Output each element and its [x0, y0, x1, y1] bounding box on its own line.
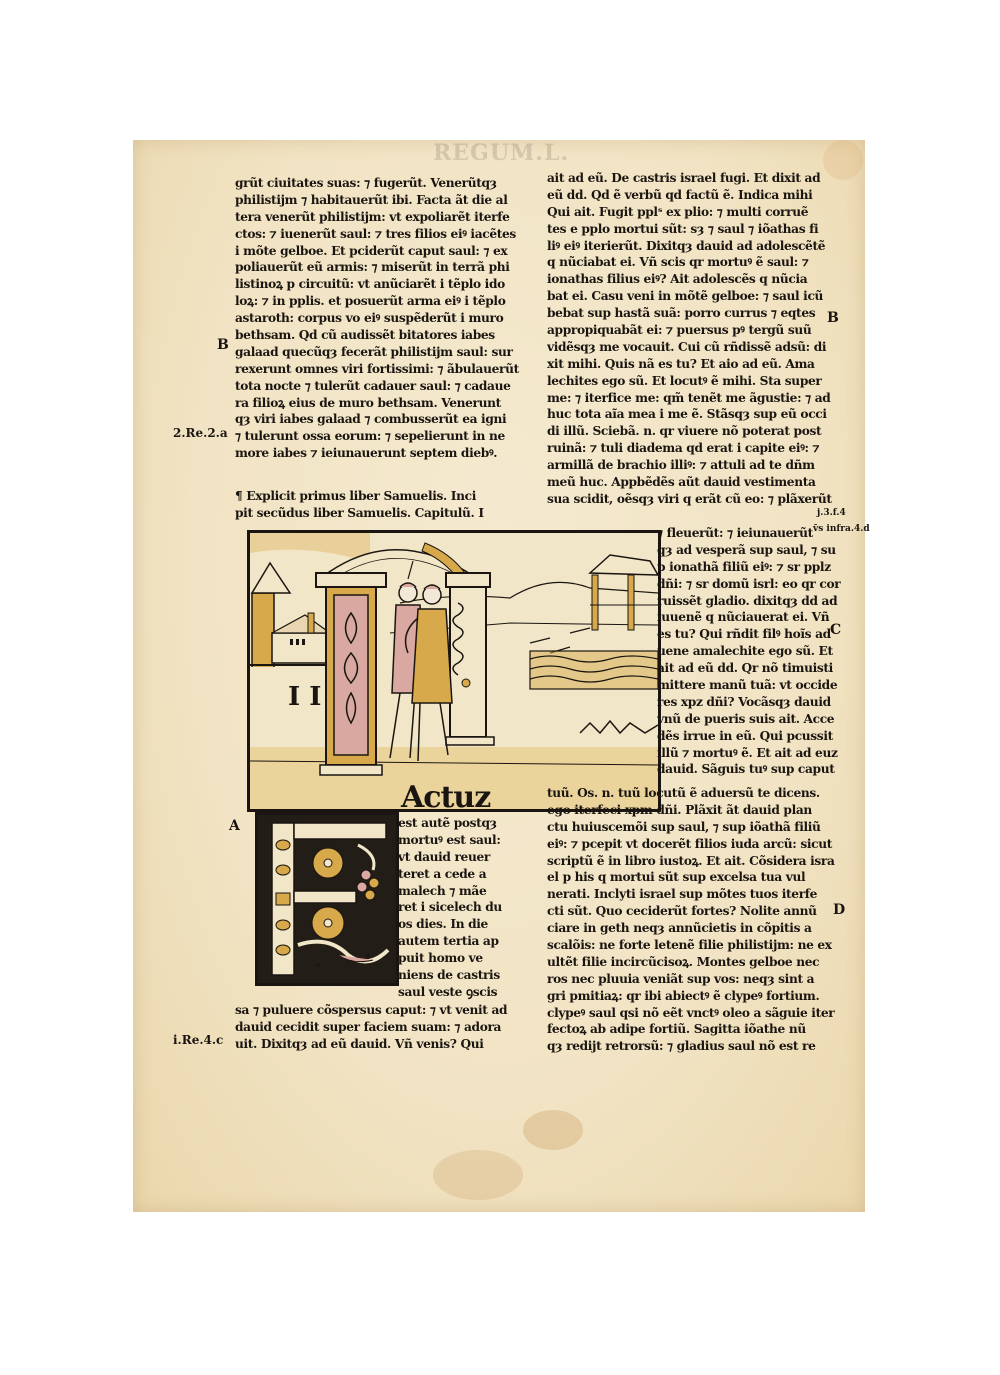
text-column-right-bottom: tuũ. Os. n. tuũ locutũ ẽ aduersũ te dice… [547, 785, 847, 1055]
text-line: qȝ viri iabes galaad ⁊ combusserũt ea ig… [235, 411, 535, 428]
margin-reference-1re: i.Re.4.c [173, 1033, 223, 1047]
text-line: xit mihi. Quis nã es tu? Et aio ad eũ. A… [547, 356, 847, 373]
initial-heading-word: Actuz [401, 780, 490, 815]
text-line: ego iterfeci xpm dñi. Plãxit ãt dauid pl… [547, 802, 847, 819]
text-line: os dies. In die [398, 916, 538, 933]
text-line: mortuꝰ est saul: [398, 832, 538, 849]
text-line: dauid. Sãguis tuꝰ sup caput [657, 761, 847, 778]
text-line: uit. Dixitqȝ ad eũ dauid. Vñ venis? Qui [235, 1036, 535, 1053]
text-line: ruinã: ⁊ tuli diadema qd erat i capite e… [547, 440, 847, 457]
text-line: ¶ Explicit primus liber Samuelis. Inci [235, 488, 535, 505]
text-line: pit secũdus liber Samuelis. Capitulũ. I [235, 505, 535, 522]
text-line: ait ad eũ. De castris israel fugi. Et di… [547, 170, 847, 187]
margin-reference-2re: 2.Re.2.a [173, 426, 228, 440]
text-line: niens de castris [398, 967, 538, 984]
text-line: tes e pplo mortui sũt: sȝ ⁊ saul ⁊ iõath… [547, 221, 847, 238]
margin-reference-right-bottom: v̄s infra.4.d [813, 524, 870, 534]
foxing-stain [523, 1110, 583, 1150]
text-line: sua scidit, oẽsqȝ viri q erãt cũ eo: ⁊ p… [547, 491, 847, 508]
text-line: autem tertia ap [398, 933, 538, 950]
woodcut-illustration: I I [247, 530, 661, 812]
text-line: eũ dd. Qd ẽ verbũ qd factũ ẽ. Indica mih… [547, 187, 847, 204]
book-page: REGUM.L. grũt ciuitates suas: ⁊ fugerũt.… [133, 140, 865, 1212]
margin-letter-b-right: B [827, 310, 839, 326]
text-line: vidẽsqȝ me vocauit. Cui cũ rñdissẽ adsũ:… [547, 339, 847, 356]
text-line: malech ⁊ mãe [398, 883, 538, 900]
text-line: Qui ait. Fugit pplˢ ex plio: ⁊ multi cor… [547, 204, 847, 221]
foxing-stain [433, 1150, 523, 1200]
text-line: bebat sup hastã suã: porro currus ⁊ eqte… [547, 305, 847, 322]
text-line: cti sũt. Quo ceciderũt fortes? Nolite an… [547, 903, 847, 920]
text-line: nerati. Inclyti israel sup mõtes tuos it… [547, 886, 847, 903]
text-line: ait ad eũ dd. Qr nõ timuisti [657, 660, 847, 677]
text-line: dauid cecidit super faciem suam: ⁊ adora [235, 1019, 535, 1036]
text-line: tota nocte ⁊ tulerũt cadauer saul: ⁊ cad… [235, 378, 535, 395]
text-line: huc tota aĩa mea i me ẽ. Stãsqȝ sup eũ o… [547, 406, 847, 423]
text-line: i mõte gelboe. Et pciderũt caput saul: ⁊… [235, 243, 535, 260]
text-line: listinoꝝ p circuitũ: vt anũciarẽt i tẽpl… [235, 276, 535, 293]
explicit-colophon: ¶ Explicit primus liber Samuelis. Inci p… [235, 488, 535, 522]
text-line: ret i sicelech du [398, 899, 538, 916]
text-line: astaroth: corpus vo eiꝰ suspẽderũt i mur… [235, 310, 535, 327]
text-line: dẽs irrue in eũ. Qui pcussit [657, 728, 847, 745]
text-line: bat ei. Casu veni in mõtẽ gelboe: ⁊ saul… [547, 288, 847, 305]
text-line: meũ huc. Appbẽdẽs aũt dauid vestimenta [547, 474, 847, 491]
text-column-left-bottom: sa ⁊ puluere cõspersus caput: ⁊ vt venit… [235, 1002, 535, 1053]
text-line: vnũ de pueris suis ait. Acce [657, 711, 847, 728]
text-line: teret a cede a [398, 866, 538, 883]
decorated-initial [255, 812, 399, 986]
text-line: el p his q mortui sũt sup excelsa tua vu… [547, 869, 847, 886]
text-line: qȝ ad vesperã sup saul, ⁊ su [657, 542, 847, 559]
text-line: tera venerũt philistijm: vt expoliarẽt i… [235, 209, 535, 226]
text-line: fectoꝝ ab adipe fortiũ. Sagitta iõathe n… [547, 1021, 847, 1038]
text-line: sa ⁊ puluere cõspersus caput: ⁊ vt venit… [235, 1002, 535, 1019]
text-line: ruissẽt gladio. dixitqȝ dd ad [657, 593, 847, 610]
text-line: lechites ego sũ. Et locutꝰ ẽ mihi. Sta s… [547, 373, 847, 390]
text-line: armillã de brachio illiꝰ: ⁊ attuli ad te… [547, 457, 847, 474]
woodcut-scene-image: I I [250, 533, 658, 809]
text-line: uene amalechite ego sũ. Et [657, 643, 847, 660]
text-column-beside-initial: est autẽ postqȝ mortuꝰ est saul: vt daui… [398, 815, 538, 984]
text-line: est autẽ postqȝ [398, 815, 538, 832]
text-line: ctos: ⁊ iuenerũt saul: ⁊ tres filios eiꝰ… [235, 226, 535, 243]
text-line: ionathas filius eiꝰ? Ait adolescẽs q nũc… [547, 271, 847, 288]
text-line: poliauerũt eũ armis: ⁊ miserũt in terrã … [235, 259, 535, 276]
margin-letter-a-left: A [229, 818, 240, 834]
text-line: mittere manũ tuã: vt occide [657, 677, 847, 694]
text-line: p ionathã filiũ eiꝰ: ⁊ sr pplz [657, 559, 847, 576]
text-line: eiꝰ: ⁊ pcepit vt docerẽt filios iuda arc… [547, 836, 847, 853]
text-column-right-top: ait ad eũ. De castris israel fugi. Et di… [547, 170, 847, 508]
text-line: me: ⁊ iterfice me: qm̃ tenẽt me ãgustie:… [547, 390, 847, 407]
initial-f-image [258, 815, 396, 983]
text-line: dñi: ⁊ sr domũ isrl: eo qr cor [657, 576, 847, 593]
text-line: saul veste ꝯscis [398, 984, 497, 1001]
text-line: ra filioꝝ eius de muro bethsam. Venerunt [235, 395, 535, 412]
text-line: scriptũ ẽ in libro iustoꝝ. Et ait. Cõsid… [547, 853, 847, 870]
margin-letter-b-left: B [217, 337, 229, 353]
text-line: grũt ciuitates suas: ⁊ fugerũt. Venerũtq… [235, 175, 535, 192]
text-line: appropiquabãt ei: ⁊ puersus pꝰ tergũ suũ [547, 322, 847, 339]
text-line: ros nec pluuia veniãt sup vos: neqȝ sint… [547, 971, 847, 988]
bleed-through-heading: REGUM.L. [433, 140, 569, 166]
chapter-numeral: I I [288, 682, 321, 712]
margin-letter-d-right: D [833, 902, 845, 918]
text-line: ctu huiuscemõi sup saul, ⁊ sup iõathã fi… [547, 819, 847, 836]
text-line: scalõis: ne forte letenẽ filie philistij… [547, 937, 847, 954]
margin-letter-c-right: C [830, 622, 841, 638]
text-line: galaad quecũqȝ fecerãt philistijm saul: … [235, 344, 535, 361]
text-line: loꝝ: ⁊ in pplis. et posuerũt arma eiꝰ i … [235, 293, 535, 310]
text-line: puit homo ve [398, 950, 538, 967]
text-line: qȝ redijt retrorsũ: ⁊ gladius saul nõ es… [547, 1038, 847, 1055]
text-line: bethsam. Qd cũ audissẽt bitatores iabes [235, 327, 535, 344]
text-line: gri pmitiaꝝ: qr ibi abiectꝰ ẽ clypeꝰ for… [547, 988, 847, 1005]
text-line: rexerunt omnes viri fortissimi: ⁊ ãbulau… [235, 361, 535, 378]
text-line: res xpz dñi? Vocãsqȝ dauid [657, 694, 847, 711]
text-line: illũ ⁊ mortuꝰ ẽ. Et ait ad euz [657, 745, 847, 762]
text-line: es tu? Qui rñdit filꝰ hoĩs ad [657, 626, 847, 643]
text-line: philistijm ⁊ habitauerũt ibi. Facta ãt d… [235, 192, 535, 209]
text-line: iuuenẽ q nũciauerat ei. Vñ [657, 609, 847, 626]
text-line: vt dauid reuer [398, 849, 538, 866]
text-line: ultẽt filie incircũcisoꝝ. Montes gelboe … [547, 954, 847, 971]
text-column-left-top: grũt ciuitates suas: ⁊ fugerũt. Venerũtq… [235, 175, 535, 462]
text-line: ⁊ tulerunt ossa eorum: ⁊ sepelierunt in … [235, 428, 535, 445]
text-line: ciare in geth neqȝ annũcietis in cõpitis… [547, 920, 847, 937]
text-line: tuũ. Os. n. tuũ locutũ ẽ aduersũ te dice… [547, 785, 847, 802]
text-line: liꝰ eiꝰ iterierũt. Dixitqȝ dauid ad adol… [547, 238, 847, 255]
text-line: more iabes ⁊ ieiunauerunt septem diebꝰ. [235, 445, 535, 462]
text-column-right-middle: ⁊ fleuerũt: ⁊ ieiunauerũt qȝ ad vesperã … [657, 525, 847, 778]
text-line: clypeꝰ saul qsi nõ eẽt vnctꝰ oleo a sãgu… [547, 1005, 847, 1022]
text-line: di illũ. Sciebã. n. qr viuere nõ poterat… [547, 423, 847, 440]
text-column-beside-initial-end: saul veste ꝯscis [398, 984, 497, 1001]
margin-reference-right-top: j.3.f.4 [817, 508, 846, 518]
text-line: q nũciabat ei. Vñ scis qr mortuꝰ ẽ saul:… [547, 254, 847, 271]
